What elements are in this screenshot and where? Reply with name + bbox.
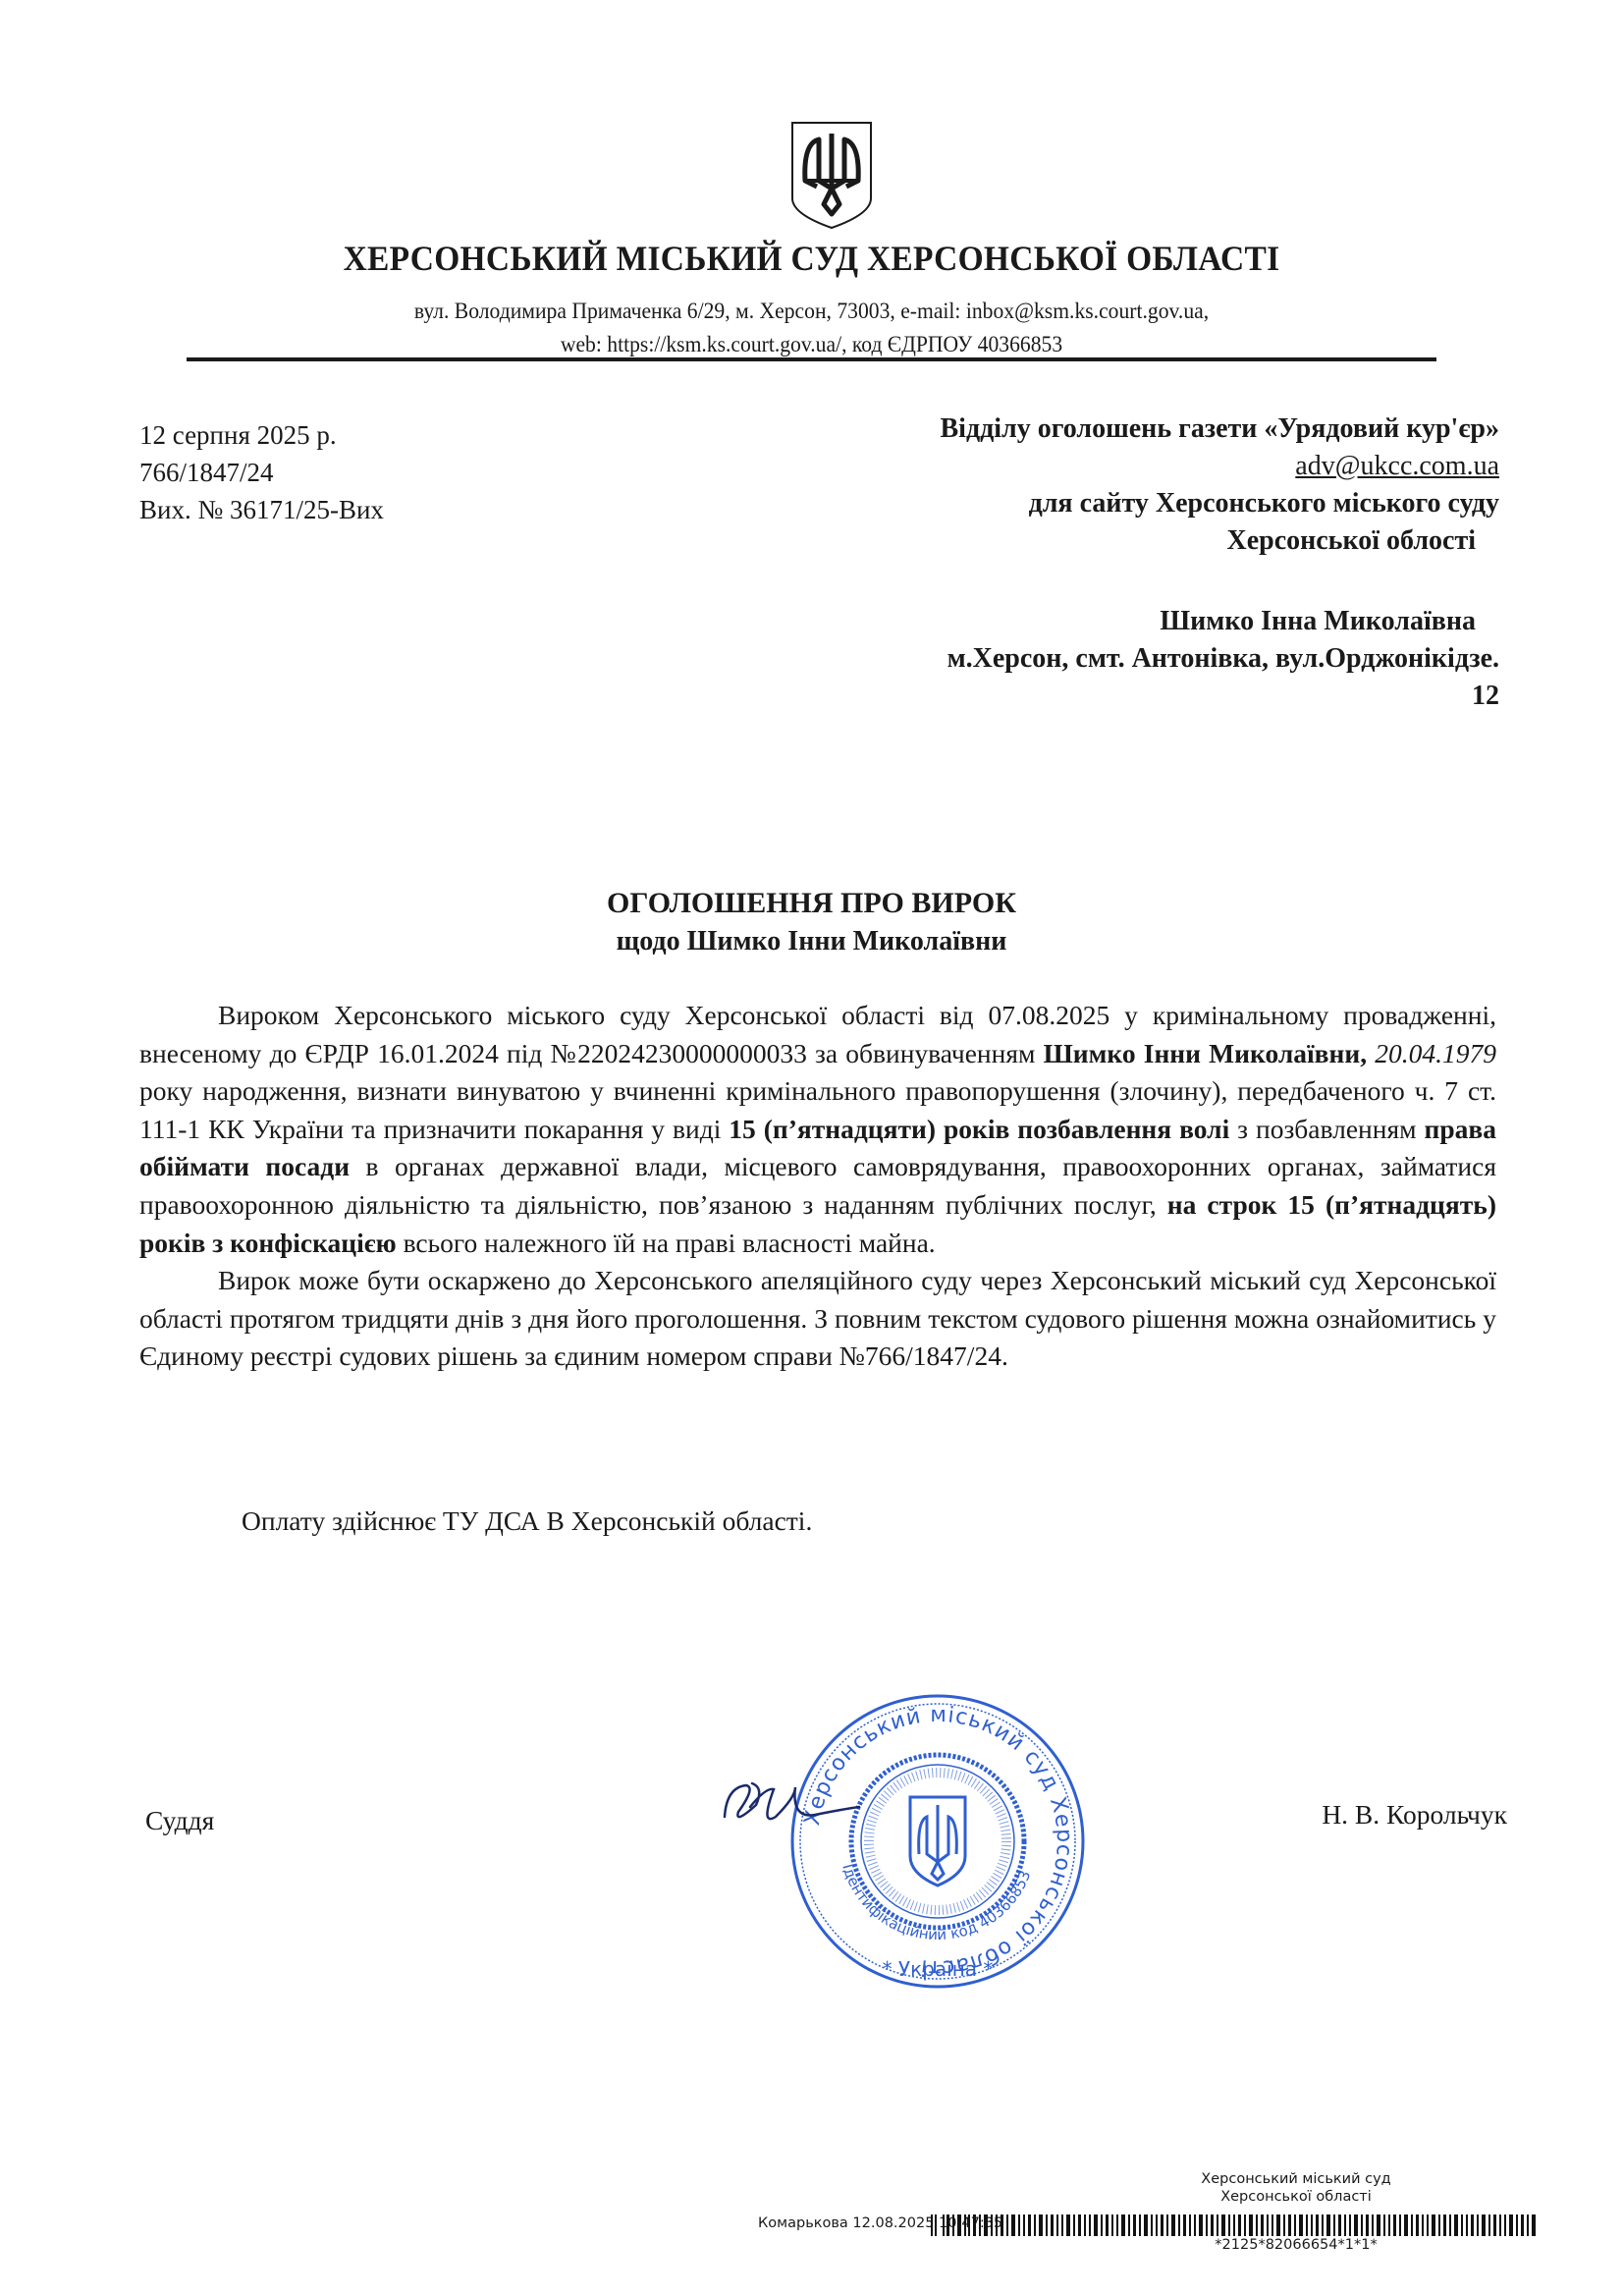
notice-subtitle: щодо Шимко Інни Миколаївни [0, 925, 1623, 958]
text-run: з позбавленням [1229, 1114, 1424, 1144]
barcode-number: *2125*82066654*1*1* [1159, 2237, 1434, 2253]
appeal-paragraph: Вирок може бути оскаржено до Херсонськог… [139, 1262, 1496, 1376]
court-name: ХЕРСОНСЬКИЙ МІСЬКИЙ СУД ХЕРСОНСЬКОЇ ОБЛА… [57, 238, 1566, 279]
addressee-block: Шимко Інна Миколаївна м.Херсон, смт. Ант… [947, 603, 1499, 715]
addressee-name: Шимко Інна Миколаївна [947, 603, 1499, 640]
barcode-icon [931, 2214, 1540, 2236]
notice-title: ОГОЛОШЕННЯ ПРО ВИРОК [0, 886, 1623, 921]
addressee-house: 12 [947, 678, 1499, 715]
defendant-name: Шимко Інни Миколаївни, [1044, 1038, 1368, 1068]
footer-court-line: Херсонський міський суд [1159, 2170, 1434, 2188]
case-number: 766/1847/24 [139, 454, 384, 491]
court-address-line: вул. Володимира Примаченка 6/29, м. Херс… [65, 295, 1558, 328]
header-divider [187, 357, 1436, 361]
verdict-paragraph: Вироком Херсонського міського суду Херсо… [139, 997, 1496, 1262]
recipient-site: для сайту Херсонського міського суду [940, 485, 1499, 522]
judge-name: Н. В. Корольчук [1322, 1799, 1507, 1831]
recipient-email-link[interactable]: adv@ukcc.com.ua [1295, 451, 1499, 481]
outgoing-number: Вих. № 36171/25-Вих [139, 491, 384, 528]
birth-date: 20.04.1979 [1367, 1038, 1496, 1068]
payment-note: Оплату здійснює ТУ ДСА В Херсонській обл… [242, 1505, 812, 1537]
trident-emblem-icon [789, 120, 874, 230]
recipient-newspaper: Відділу оголошень газети «Урядовий кур'є… [940, 410, 1499, 448]
document-meta: 12 серпня 2025 р. 766/1847/24 Вих. № 361… [139, 416, 384, 528]
text-run: всього належного їй на праві власності м… [397, 1228, 936, 1258]
judge-signature-icon [717, 1758, 864, 1846]
footer-region-line: Херсонської області [1159, 2188, 1434, 2206]
footer-court: Херсонський міський суд Херсонської обла… [1159, 2170, 1434, 2206]
recipient-region: Херсонської облості [940, 522, 1499, 560]
addressee-address: м.Херсон, смт. Антонівка, вул.Орджонікід… [947, 640, 1499, 678]
court-web-line: web: https://ksm.ks.court.gov.ua/, код Є… [65, 328, 1558, 361]
recipient-block: Відділу оголошень газети «Урядовий кур'є… [940, 410, 1499, 560]
verdict-body: Вироком Херсонського міського суду Херсо… [139, 997, 1496, 1376]
judge-role: Суддя [145, 1805, 214, 1836]
document-date: 12 серпня 2025 р. [139, 416, 384, 454]
court-address: вул. Володимира Примаченка 6/29, м. Херс… [65, 295, 1558, 361]
svg-text:* Україна *: * Україна * [883, 1957, 994, 1981]
sentence-term: 15 (п’ятнадцяти) років позбавлення волі [729, 1114, 1229, 1144]
